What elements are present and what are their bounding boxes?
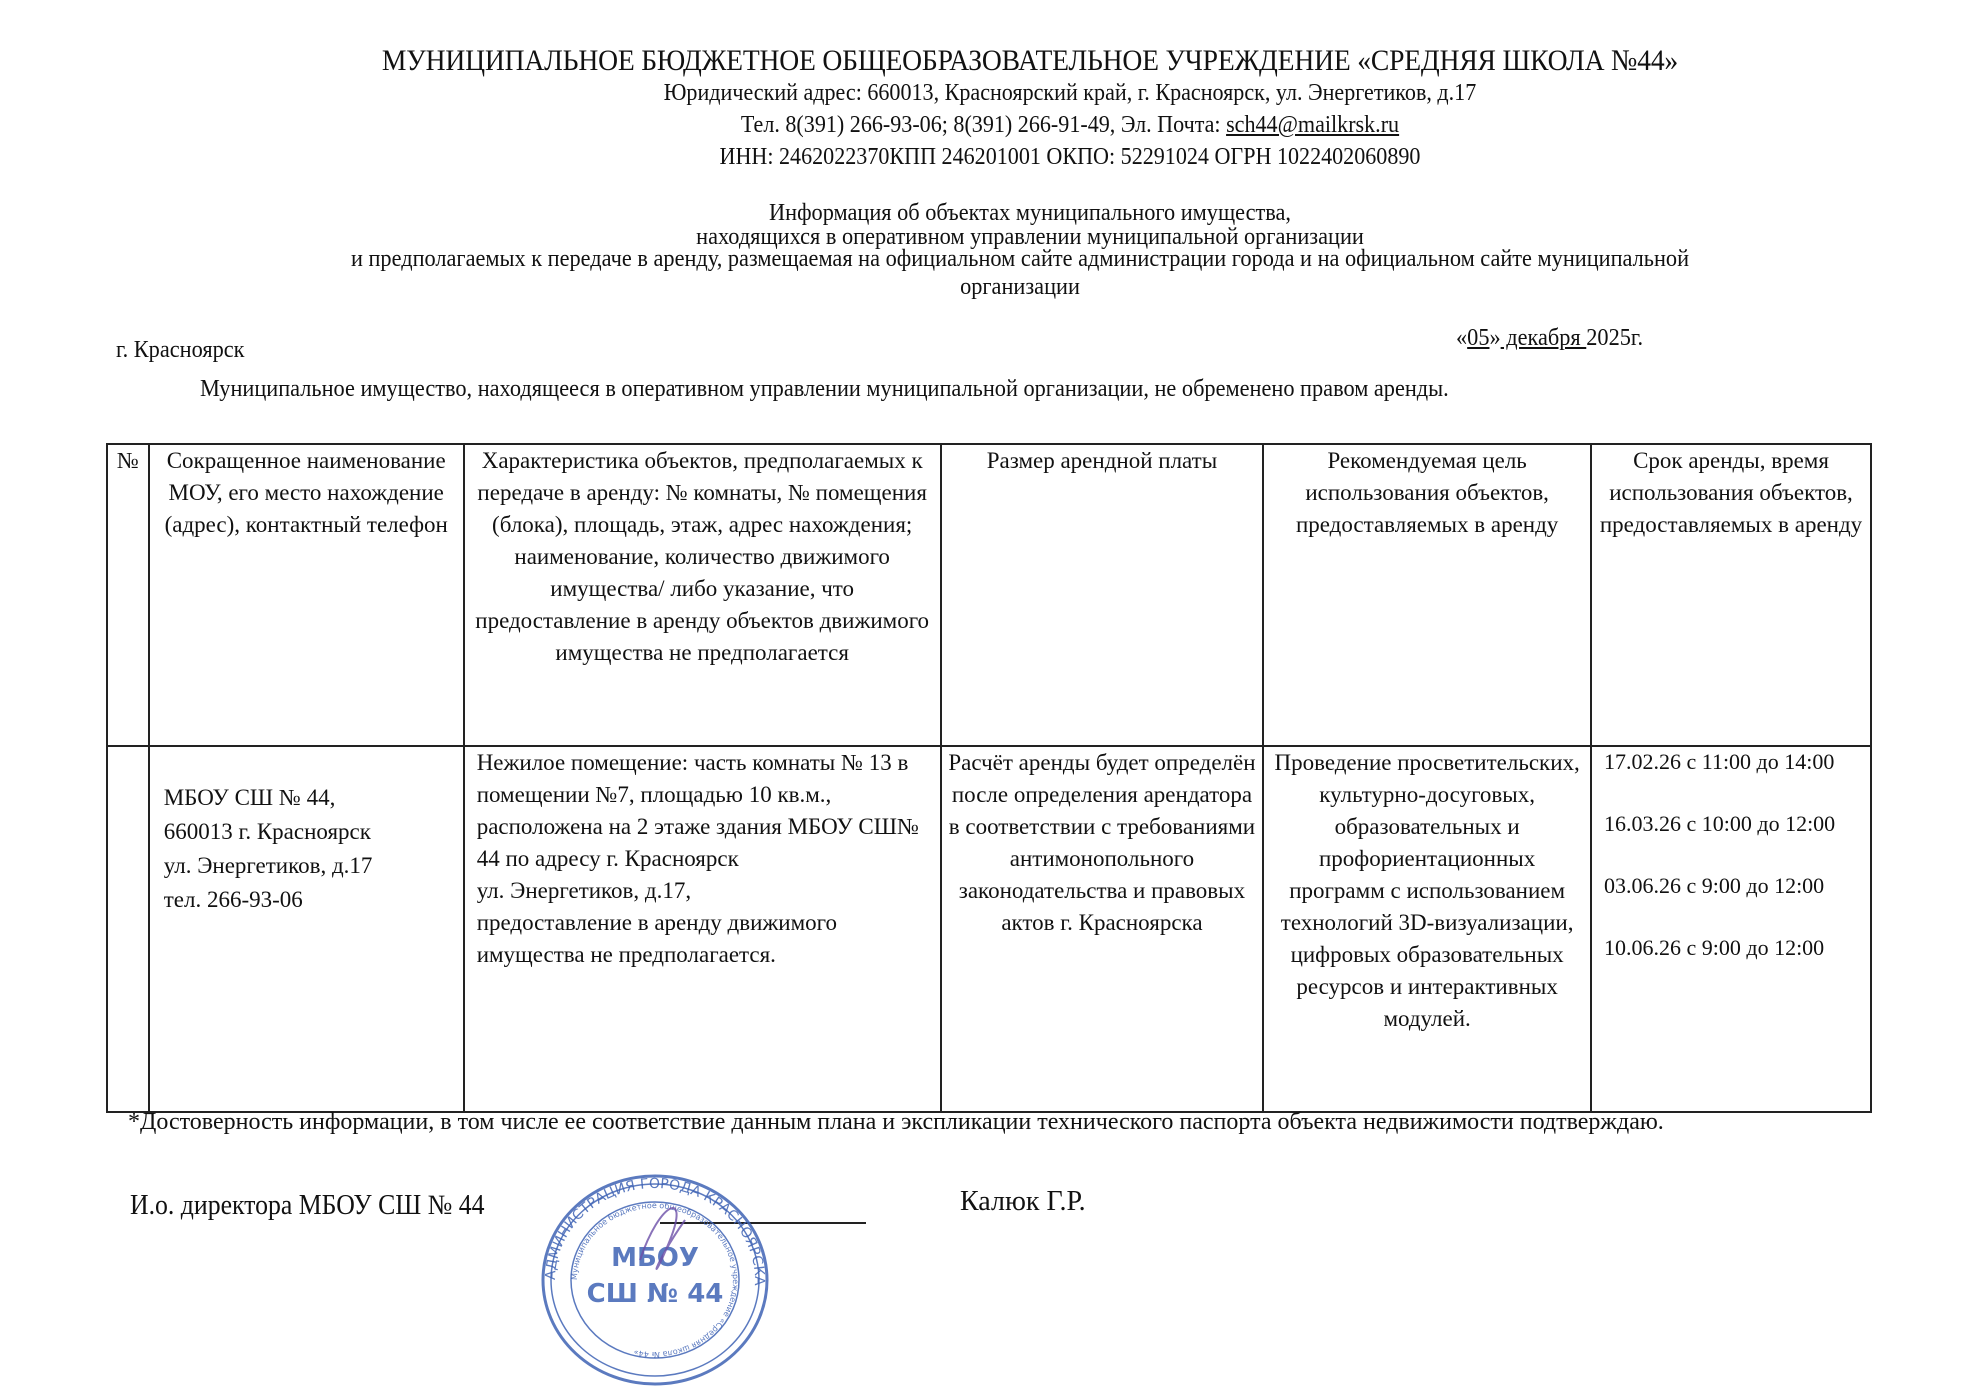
seal-stamp-icon: АДМИНИСТРАЦИЯ ГОРОДА КРАСНОЯРСКА Муницип… — [520, 1160, 790, 1392]
term-item: 16.03.26 с 10:00 до 12:00 — [1598, 809, 1864, 839]
cell-no — [107, 746, 149, 1112]
date-year: 2025г. — [1586, 325, 1643, 351]
stamp-center-line1: МБОУ — [611, 1243, 699, 1273]
email-link[interactable]: sch44@mailkrsk.ru — [1226, 112, 1399, 138]
date-day: 05 — [1467, 325, 1489, 351]
header-fee: Размер арендной платы — [941, 444, 1264, 746]
table-header-row: № Сокращенное наименование МОУ, его мест… — [107, 444, 1871, 746]
date-month: декабря — [1501, 325, 1587, 351]
intro-line-3: и предполагаемых к передаче в аренду, ра… — [99, 246, 1940, 273]
header-name: Сокращенное наименование МОУ, его место … — [149, 444, 464, 746]
term-item: 03.06.26 с 9:00 до 12:00 — [1598, 871, 1864, 901]
date-quote-open: « — [1456, 325, 1467, 351]
intro-line-4: организации — [99, 274, 1940, 301]
cell-terms: 17.02.26 с 11:00 до 14:00 16.03.26 с 10:… — [1591, 746, 1871, 1112]
stamp-center-line2: СШ № 44 — [587, 1279, 724, 1309]
cell-characteristics: Нежилое помещение: часть комнаты № 13 в … — [464, 746, 941, 1112]
header-characteristics: Характеристика объектов, предполагаемых … — [464, 444, 941, 746]
date-quote-close: » — [1489, 325, 1500, 351]
cell-purpose: Проведение просветительских, культурно-д… — [1263, 746, 1591, 1112]
header-purpose: Рекомендуемая цель использования объекто… — [1263, 444, 1591, 746]
term-item: 17.02.26 с 11:00 до 14:00 — [1598, 747, 1864, 777]
footnote: *Достоверность информации, в том числе е… — [128, 1108, 1848, 1136]
legal-address: Юридический адрес: 660013, Красноярский … — [159, 80, 1980, 107]
signatory-position: И.о. директора МБОУ СШ № 44 — [130, 1190, 484, 1222]
place: г. Красноярск — [116, 337, 245, 364]
phones: Тел. 8(391) 266-93-06; 8(391) 266-91-49,… — [741, 112, 1226, 138]
requisites: ИНН: 2462022370КПП 246201001 ОКПО: 52291… — [159, 144, 1980, 171]
contact-line: Тел. 8(391) 266-93-06; 8(391) 266-91-49,… — [159, 112, 1980, 139]
term-item: 10.06.26 с 9:00 до 12:00 — [1598, 933, 1864, 963]
header-term: Срок аренды, время использования объекто… — [1591, 444, 1871, 746]
table-row: МБОУ СШ № 44, 660013 г. Красноярск ул. Э… — [107, 746, 1871, 1112]
intro-line-1: Информация об объектах муниципального им… — [109, 200, 1950, 227]
header-no: № — [107, 444, 149, 746]
organization-title: МУНИЦИПАЛЬНОЕ БЮДЖЕТНОЕ ОБЩЕОБРАЗОВАТЕЛЬ… — [82, 44, 1977, 78]
encumbrance-statement: Муниципальное имущество, находящееся в о… — [200, 376, 1449, 403]
document-date: «05» декабря 2025г. — [1456, 325, 1643, 352]
signatory-name: Калюк Г.Р. — [960, 1186, 1086, 1218]
cell-fee: Расчёт аренды будет определён после опре… — [941, 746, 1264, 1112]
cell-name: МБОУ СШ № 44, 660013 г. Красноярск ул. Э… — [149, 746, 464, 1112]
property-table: № Сокращенное наименование МОУ, его мест… — [106, 443, 1872, 1113]
